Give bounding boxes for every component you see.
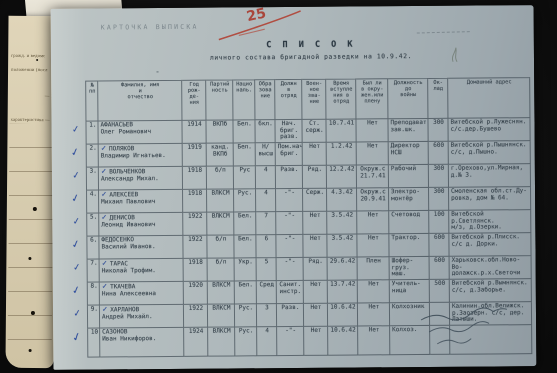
cell-nat: Рус bbox=[234, 166, 256, 189]
cell-pay: 600 bbox=[429, 142, 449, 165]
punch-hole bbox=[36, 59, 38, 61]
header-cell-duty: Должн в отряд bbox=[275, 79, 302, 120]
cell-name: ✓ АЛЕКСЕЕВ Михаил Павлович bbox=[99, 190, 183, 214]
header-cell-party: Партий ность bbox=[206, 79, 233, 120]
cell-pay bbox=[430, 303, 450, 326]
header-cell-nat: Нацио наль. bbox=[233, 79, 255, 120]
cell-joined: 29.6.42 bbox=[328, 257, 358, 280]
form-text-fragment: характеристика — bbox=[11, 117, 56, 122]
cell-rank: Нет bbox=[304, 304, 328, 327]
cell-edu: 7 bbox=[256, 212, 276, 235]
header-cell-rank: Воен- ное зва- ние bbox=[302, 79, 326, 120]
punch-hole bbox=[33, 207, 37, 211]
cell-party: ВЛКСМ bbox=[208, 304, 235, 327]
punch-hole bbox=[31, 311, 35, 315]
cell-rank: Ст. серж. bbox=[302, 120, 326, 143]
cell-pay: 300 bbox=[429, 188, 449, 211]
cell-duty: Нач. бриг. разв. bbox=[275, 120, 302, 143]
cell-joined: 12.2.42 bbox=[327, 166, 357, 189]
cell-edu: 6 bbox=[256, 235, 276, 258]
cell-duty: -"- bbox=[277, 258, 304, 281]
cell-addr: Харьковск.обл.Ново-Во- долажск.р.х.Свето… bbox=[450, 256, 532, 280]
cell-edu: 3 bbox=[257, 304, 277, 327]
cell-joined: 4.3.42 bbox=[327, 189, 357, 212]
check-mark-icon: ✓ bbox=[101, 190, 109, 198]
dash-mark: - bbox=[155, 67, 160, 76]
cell-rank: Нет bbox=[303, 212, 327, 235]
form-text-fragment: — 19 bbox=[11, 93, 56, 98]
cell-addr: г.Орехово,ул.Мирная, д.№ 3. bbox=[449, 164, 531, 188]
header-cell-addr: Домашний адрес bbox=[448, 77, 530, 119]
cell-duty: Санит. инстр. bbox=[277, 281, 304, 304]
header-cell-enc: Был ли в окру- жен.или плену bbox=[356, 78, 388, 119]
cell-edu: 4 bbox=[257, 327, 277, 356]
table-header-row: № ппФамилия, имя и отчествоГод рож- де- … bbox=[72, 77, 531, 122]
cell-enc: Плен bbox=[358, 257, 390, 280]
cell-pay: 500 bbox=[430, 280, 450, 303]
cell-name: ✓ ТКАЧЕВА Нина Алексеевна bbox=[100, 282, 184, 306]
cell-year: 1924 bbox=[184, 328, 208, 357]
cell-pay: 300 bbox=[429, 165, 449, 188]
cell-nat: Рус. bbox=[235, 327, 257, 356]
header-cell-edu: Обра зова ние bbox=[255, 79, 275, 120]
form-ruled-lines bbox=[8, 124, 54, 360]
cell-prewar: Счетовод bbox=[389, 211, 429, 234]
cell-joined: 10.6.42 bbox=[328, 326, 358, 355]
cell-edu: 4 bbox=[256, 189, 276, 212]
cell-nat: Бел. bbox=[234, 212, 256, 235]
cell-nat: Рус. bbox=[235, 304, 257, 327]
cell-num: 9. bbox=[87, 306, 100, 329]
cell-name: ✓ ХАРЛАНОВ Андрей Михайл. bbox=[100, 305, 184, 329]
cell-party: канд. ВКПб bbox=[207, 143, 234, 166]
cell-prewar: Рабочий bbox=[389, 165, 429, 188]
cell-party: ВЛКСМ bbox=[207, 189, 234, 212]
cell-prewar: Колхозник bbox=[390, 303, 430, 326]
cell-year: 1919 bbox=[183, 144, 207, 167]
form-text-fragment: положении (посл bbox=[11, 67, 56, 72]
cell-num: 1. bbox=[85, 122, 98, 145]
red-pencil-stroke bbox=[239, 29, 265, 35]
cell-pay: 300 bbox=[428, 119, 448, 142]
cell-rank: Нет bbox=[304, 327, 328, 356]
cell-rank: Нет bbox=[303, 235, 327, 258]
check-mark-icon: ✓ bbox=[101, 213, 109, 221]
cell-party: б/п bbox=[207, 166, 234, 189]
document-subtitle: личного состава бригадной разведки на 10… bbox=[141, 53, 481, 63]
cell-rank: Нет bbox=[303, 143, 327, 166]
cell-rank: Ряд. bbox=[304, 258, 328, 281]
check-mark-icon: ✓ bbox=[102, 305, 110, 313]
cell-duty: -"- bbox=[277, 327, 304, 356]
cell-year: 1918 bbox=[183, 167, 207, 190]
header-cell-pay: Ок- лад bbox=[428, 78, 448, 119]
punch-hole bbox=[28, 257, 31, 260]
cell-nat: Бел. bbox=[234, 143, 256, 166]
cell-edu: 6кл. bbox=[255, 120, 275, 143]
cell-enc: Окруж.с 21.7.41 bbox=[357, 165, 389, 188]
cell-year: 1920 bbox=[184, 282, 208, 305]
table-row: ✓10САЗОНОВ Иван Никифоров.1924ВЛКСМРус.4… bbox=[74, 325, 533, 358]
cell-num: 5. bbox=[86, 214, 99, 237]
cell-year: 1922 bbox=[184, 305, 208, 328]
cell-duty: -"- bbox=[276, 212, 303, 235]
cell-year: 1918 bbox=[183, 190, 207, 213]
cell-pay: 600 bbox=[429, 234, 449, 257]
cell-joined: 10.6.42 bbox=[328, 303, 358, 326]
cell-name: ✓ ВОЛЬЧЕНКОВ Александр Михал. bbox=[99, 167, 183, 191]
header-cell-name: Фамилия, имя и отчество bbox=[98, 80, 182, 122]
cell-duty: Пом.нач бриг. bbox=[276, 143, 303, 166]
cell-joined: 13.7.42 bbox=[328, 280, 358, 303]
cell-addr: Витебской р.Лужеснян. с/с.дер.Бушево bbox=[448, 118, 530, 142]
cell-rank: Нет bbox=[304, 281, 328, 304]
check-mark-icon: ✓ bbox=[102, 259, 110, 267]
cell-year: 1922 bbox=[183, 213, 207, 236]
cell-nat: Бел. bbox=[235, 281, 257, 304]
cell-addr: Витебской р.Плисск. с/с д. Дорки. bbox=[449, 233, 531, 257]
cell-addr: Витебской р.Пышнянск. с/с, д.Пышно. bbox=[449, 141, 531, 165]
cell-enc: Нет bbox=[358, 326, 390, 355]
cell-pay: 600 bbox=[430, 257, 450, 280]
cell-party: б/п bbox=[208, 258, 235, 281]
cell-prewar: Учитель- ница bbox=[390, 280, 430, 303]
cell-year: 1922 bbox=[183, 236, 207, 259]
cell-addr bbox=[450, 325, 532, 355]
cell-duty: Разв. bbox=[276, 166, 303, 189]
check-mark-icon: ✓ bbox=[102, 282, 110, 290]
cell-enc: Нет bbox=[357, 234, 389, 257]
underlying-form-strip: гражд. и ведомс положении (посл — 19 хар… bbox=[5, 16, 56, 368]
header-cell-prewar: Должность до войны bbox=[388, 78, 428, 119]
header-cell-joined: Время вступле ния в отряд bbox=[326, 79, 356, 120]
cell-enc: Нет bbox=[356, 119, 388, 142]
cell-name: САЗОНОВ Иван Никифоров. bbox=[100, 328, 184, 358]
cell-nat: Бел. bbox=[234, 235, 256, 258]
cell-party: ВЛКСМ bbox=[208, 281, 235, 304]
document-header-stamp: КАРТОЧКА ВЫПИСКА bbox=[101, 23, 199, 32]
cell-addr: Смоленская обл.ст.Ду- ровка, дом № 64. bbox=[449, 187, 531, 211]
cell-name: АФАНАСЬЕВ Олег Романович bbox=[98, 121, 182, 145]
cell-joined: 10.7.41 bbox=[326, 120, 356, 143]
cell-prewar: Шофер-груз. маш. bbox=[390, 257, 430, 280]
cell-num: 7. bbox=[87, 260, 100, 283]
cell-addr: Витебской р.Светлянск. м/з, д.Озерки. bbox=[449, 210, 531, 234]
cell-joined: 3.5.42 bbox=[327, 212, 357, 235]
cell-party: ВЛКСМ bbox=[208, 327, 235, 356]
cell-name: ✓ ПОЛЯКОВ Владимир Игнатьев. bbox=[99, 144, 183, 168]
cell-edu: 4 bbox=[256, 166, 276, 189]
cell-rank: Ряд. bbox=[303, 166, 327, 189]
cell-duty: Разв. bbox=[277, 304, 304, 327]
cell-party: ВЛКСМ bbox=[207, 212, 234, 235]
check-mark-icon: ✓ bbox=[101, 144, 109, 152]
cell-pay: 100 bbox=[429, 211, 449, 234]
cell-prewar: Преподават. зав.шк. bbox=[388, 119, 428, 142]
cell-edu: 5 bbox=[257, 258, 277, 281]
cell-nat: Укр. bbox=[235, 258, 257, 281]
cell-name: ✓ ДЕНИСОВ Леонид Иванович bbox=[99, 213, 183, 237]
scan-background: гражд. и ведомс положении (посл — 19 хар… bbox=[0, 0, 557, 373]
cell-name: ФЕДОСЕНКО Василий Иванов. bbox=[99, 236, 183, 260]
faint-typed-line bbox=[417, 32, 471, 33]
header-cell-year: Год рож- де- ния bbox=[182, 80, 206, 121]
form-text-fragment: гражд. и ведомс bbox=[11, 53, 56, 58]
cell-prewar: Директор НСШ bbox=[389, 142, 429, 165]
cell-name: ✓ ТАРАС Николай Трофим. bbox=[100, 259, 184, 283]
cell-duty: -"- bbox=[276, 189, 303, 212]
cell-year: 1918 bbox=[184, 259, 208, 282]
cell-addr: Витебской р.Вымнянск. с/с, д.Заборье. bbox=[450, 279, 532, 303]
check-mark-icon: ✓ bbox=[101, 167, 109, 175]
cell-joined: 1.2.42 bbox=[327, 143, 357, 166]
cell-duty: -"- bbox=[276, 235, 303, 258]
cell-prewar: Электро- монтёр bbox=[389, 188, 429, 211]
cell-edu: Сред bbox=[257, 281, 277, 304]
personnel-table: № ппФамилия, имя и отчествоГод рож- де- … bbox=[72, 77, 533, 358]
cell-enc: Нет bbox=[358, 280, 390, 303]
cell-rank: Серж. bbox=[303, 189, 327, 212]
cell-num: 3. bbox=[86, 168, 99, 191]
red-pencil-page-number: 25 bbox=[245, 5, 267, 25]
cell-enc: Нет bbox=[357, 142, 389, 165]
cell-edu: Н/ высш bbox=[256, 143, 276, 166]
cell-party: ВКПб bbox=[206, 120, 233, 143]
cell-year: 1914 bbox=[182, 121, 206, 144]
cell-enc: Нет bbox=[357, 211, 389, 234]
cell-prewar: Колхоз. bbox=[390, 326, 430, 355]
cell-enc: Нет bbox=[358, 303, 390, 326]
document-paper: КАРТОЧКА ВЫПИСКА 25 С П И С О К личного … bbox=[51, 5, 537, 370]
cell-enc: Окруж.с 20.9.41 bbox=[357, 188, 389, 211]
cell-nat: Рус. bbox=[234, 189, 256, 212]
cell-party: б/п bbox=[207, 235, 234, 258]
document-title: С П И С О К bbox=[201, 39, 421, 51]
cell-nat: Бел. bbox=[233, 120, 255, 143]
punch-hole bbox=[29, 349, 32, 352]
cell-pay bbox=[430, 326, 450, 355]
cell-joined: 3.5.42 bbox=[327, 234, 357, 257]
table-body: ✓1.АФАНАСЬЕВ Олег Романович1914ВКПбБел.6… bbox=[72, 118, 533, 358]
cell-addr: Калинин.обл.Велижск. р.Заозерн. с/с, дер… bbox=[450, 302, 532, 326]
cell-prewar: Трактор. bbox=[389, 234, 429, 257]
